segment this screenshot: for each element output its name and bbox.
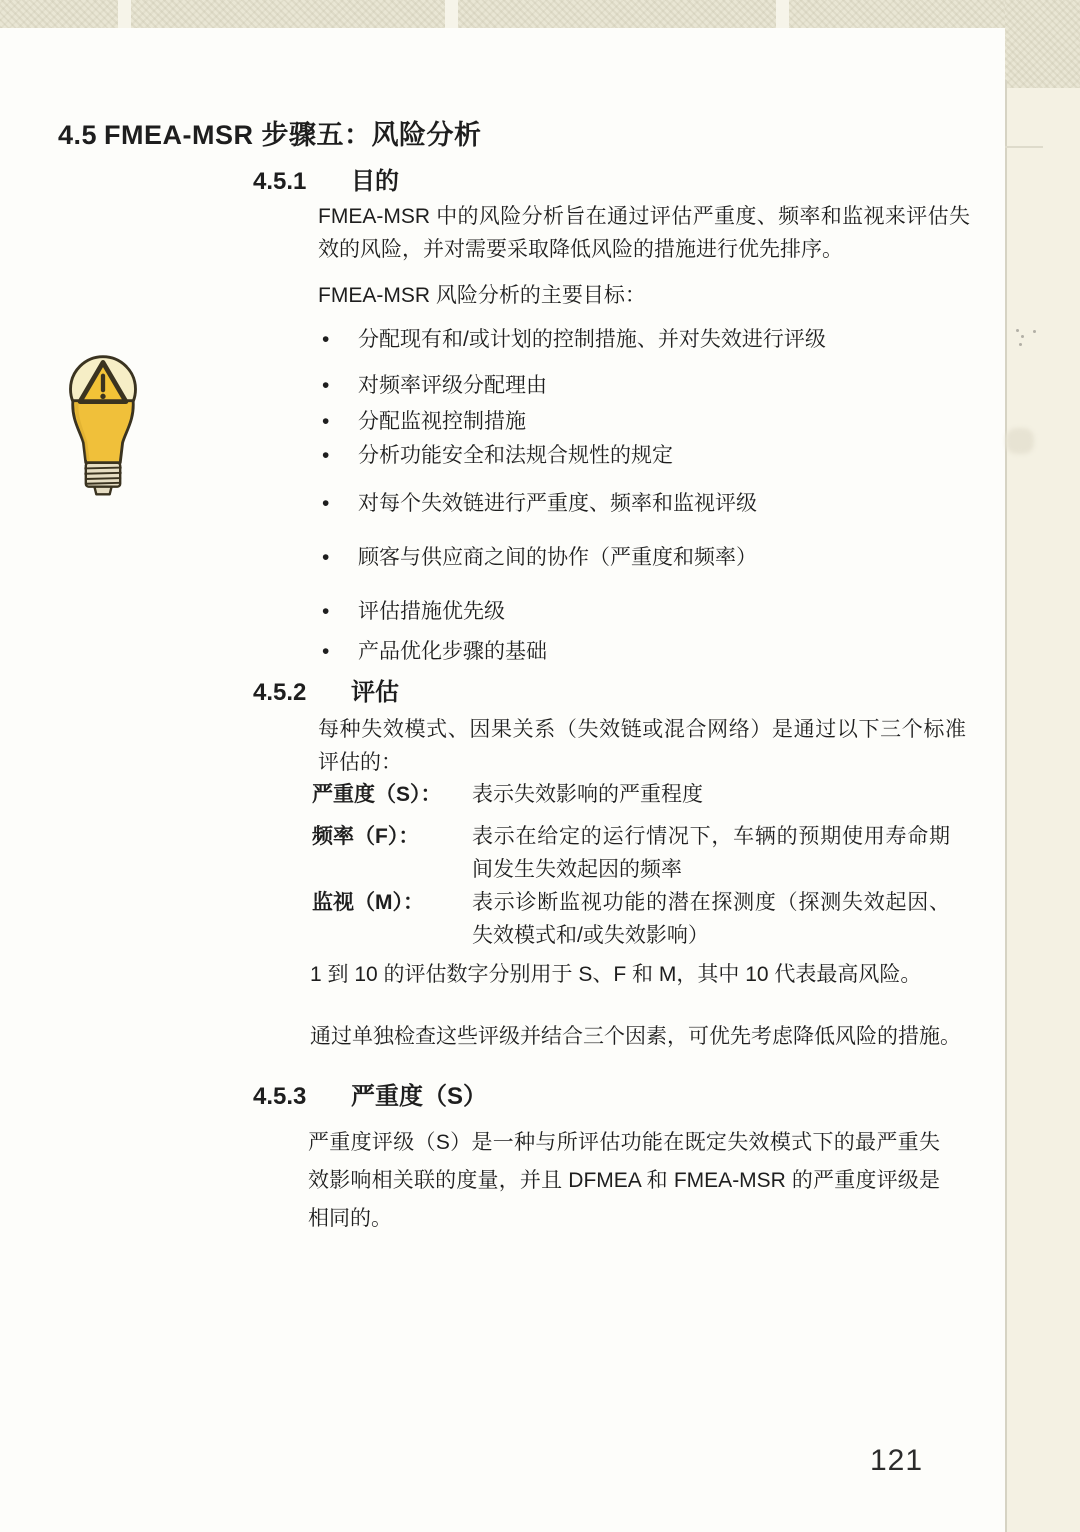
document-page: 4.5FMEA-MSR 步骤五：风险分析 4.5.1目的 FMEA-MSR 中的… bbox=[0, 0, 1080, 1532]
scan-dot bbox=[1016, 329, 1019, 332]
scan-strip-gap bbox=[776, 0, 789, 28]
list-item: • 分配现有和/或计划的控制措施、并对失效进行评级 bbox=[322, 325, 958, 355]
lightbulb-warning-icon bbox=[60, 350, 146, 500]
definition-row: 监视（M）： 表示诊断监视功能的潜在探测度（探测失效起因、失效模式和/或失效影响… bbox=[312, 886, 950, 952]
scan-corner-block bbox=[1005, 0, 1080, 88]
bullet-icon: • bbox=[322, 325, 358, 355]
bullet-text: 产品优化步骤的基础 bbox=[358, 637, 958, 667]
list-item: • 产品优化步骤的基础 bbox=[322, 637, 958, 667]
section-number: 4.5.1 bbox=[253, 168, 321, 196]
definition-row: 严重度（S）： 表示失效影响的严重程度 bbox=[312, 778, 950, 811]
page-number: 121 bbox=[870, 1444, 923, 1478]
definition-desc: 表示失效影响的严重程度 bbox=[472, 778, 950, 811]
bullet-text: 评估措施优先级 bbox=[358, 597, 958, 627]
bullet-text: 分配监视控制措施 bbox=[358, 407, 958, 437]
section-heading-4-5: 4.5FMEA-MSR 步骤五：风险分析 bbox=[58, 113, 482, 152]
paragraph: FMEA-MSR 风险分析的主要目标： bbox=[318, 279, 646, 312]
list-item: • 对每个失效链进行严重度、频率和监视评级 bbox=[322, 489, 958, 519]
definition-desc: 表示在给定的运行情况下，车辆的预期使用寿命期间发生失效起因的频率 bbox=[472, 820, 950, 886]
bullet-text: 顾客与供应商之间的协作（严重度和频率） bbox=[358, 543, 958, 573]
list-item: • 顾客与供应商之间的协作（严重度和频率） bbox=[322, 543, 958, 573]
section-number: 4.5.3 bbox=[253, 1083, 321, 1111]
definition-term: 频率（F）： bbox=[312, 820, 472, 886]
bullet-icon: • bbox=[322, 489, 358, 519]
bullet-icon: • bbox=[322, 543, 358, 573]
page-edge-line bbox=[1005, 80, 1007, 1532]
bullet-text: 分析功能安全和法规合规性的规定 bbox=[358, 441, 958, 471]
bullet-text: 对每个失效链进行严重度、频率和监视评级 bbox=[358, 489, 958, 519]
bullet-icon: • bbox=[322, 407, 358, 437]
paragraph: 通过单独检查这些评级并结合三个因素，可优先考虑降低风险的措施。 bbox=[310, 1020, 961, 1053]
bullet-icon: • bbox=[322, 441, 358, 471]
scan-top-strip bbox=[0, 0, 1080, 28]
list-item: • 分配监视控制措施 bbox=[322, 407, 958, 437]
bullet-text: 分配现有和/或计划的控制措施、并对失效进行评级 bbox=[358, 325, 958, 355]
section-heading-4-5-1: 4.5.1目的 bbox=[253, 161, 399, 196]
bullet-text: 对频率评级分配理由 bbox=[358, 371, 958, 401]
scan-dot bbox=[1021, 335, 1024, 338]
list-item: • 分析功能安全和法规合规性的规定 bbox=[322, 441, 958, 471]
paragraph: FMEA-MSR 中的风险分析旨在通过评估严重度、频率和监视来评估失效的风险，并… bbox=[318, 200, 970, 266]
scan-mark bbox=[1005, 146, 1043, 148]
section-number: 4.5 bbox=[58, 120, 97, 150]
definition-row: 频率（F）： 表示在给定的运行情况下，车辆的预期使用寿命期间发生失效起因的频率 bbox=[312, 820, 950, 886]
section-number: 4.5.2 bbox=[253, 679, 321, 707]
scan-strip-gap bbox=[118, 0, 131, 28]
list-item: • 对频率评级分配理由 bbox=[322, 371, 958, 401]
section-heading-4-5-3: 4.5.3严重度（S） bbox=[253, 1076, 487, 1111]
bullet-icon: • bbox=[322, 371, 358, 401]
paragraph: 1 到 10 的评估数字分别用于 S、F 和 M，其中 10 代表最高风险。 bbox=[310, 958, 921, 991]
section-title: 评估 bbox=[351, 679, 399, 706]
section-title: FMEA-MSR 步骤五：风险分析 bbox=[104, 120, 481, 150]
bullet-icon: • bbox=[322, 637, 358, 667]
scan-strip-gap bbox=[445, 0, 458, 28]
paragraph: 每种失效模式、因果关系（失效链或混合网络）是通过以下三个标准评估的： bbox=[318, 713, 966, 779]
scan-dot bbox=[1033, 330, 1036, 333]
paragraph: 严重度评级（S）是一种与所评估功能在既定失效模式下的最严重失效影响相关联的度量，… bbox=[308, 1124, 940, 1238]
list-item: • 评估措施优先级 bbox=[322, 597, 958, 627]
bullet-icon: • bbox=[322, 597, 358, 627]
definition-term: 监视（M）： bbox=[312, 886, 472, 952]
definition-desc: 表示诊断监视功能的潜在探测度（探测失效起因、失效模式和/或失效影响） bbox=[472, 886, 950, 952]
scan-dot bbox=[1019, 343, 1022, 346]
section-title: 目的 bbox=[351, 168, 399, 195]
definition-term: 严重度（S）： bbox=[312, 778, 472, 811]
section-heading-4-5-2: 4.5.2评估 bbox=[253, 672, 399, 707]
section-title: 严重度（S） bbox=[351, 1083, 487, 1110]
scan-smudge bbox=[1006, 428, 1034, 454]
